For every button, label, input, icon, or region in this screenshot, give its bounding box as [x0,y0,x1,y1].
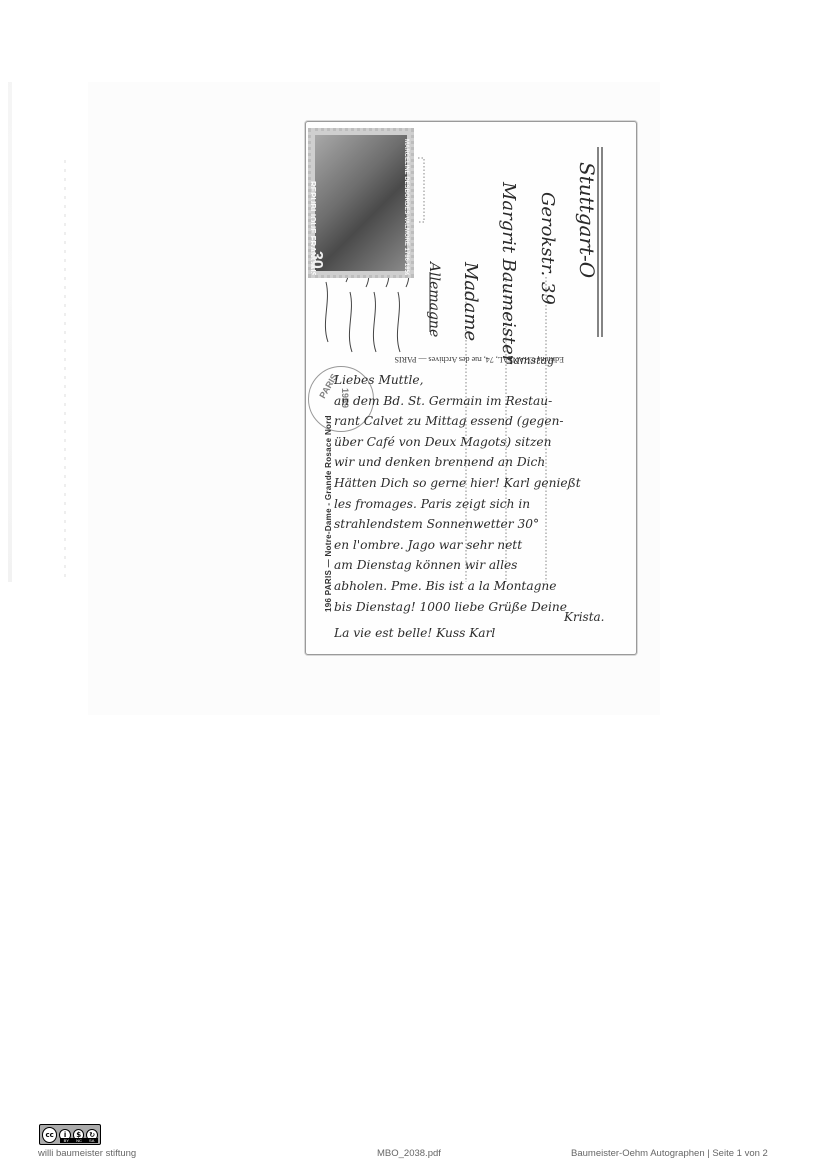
message-line: an dem Bd. St. Germain im Restau- [334,391,630,412]
message-line: en l'ombre. Jago war sehr nett [334,535,630,556]
message-line: La vie est belle! Kuss Karl [334,623,630,644]
address-line-2: Margrit Baumeister [498,182,519,363]
handwritten-message: Liebes Muttle, an dem Bd. St. Germain im… [334,370,630,644]
cc-label-sa: SA [89,1138,94,1143]
message-signature: Krista. [564,610,605,624]
message-day: Samstag [506,354,554,367]
message-line: rant Calvet zu Mittag essend (gegen- [334,411,630,432]
cc-label-nc: NC [76,1138,82,1143]
cc-logo-icon: cc [42,1127,57,1143]
message-line: Liebes Muttle, [334,370,630,391]
cc-label-bar: BY NC SA [60,1138,98,1143]
address-line-1: Madame [460,262,481,341]
message-line: strahlendstem Sonnenwetter 30° [334,514,630,535]
message-line: am Dienstag können wir alles [334,555,630,576]
message-line: abholen. Pme. Bis ist a la Montagne [334,576,630,597]
address-country: Allemagne [426,262,442,337]
message-line: Hätten Dich so gerne hier! Karl genießt [334,473,630,494]
postage-stamp: REPUBLIQUE FRANÇAISE 30 MARCELINE DESBOR… [308,128,414,278]
scan-edge-artifact [64,160,66,580]
message-line: wir und denken brennend an Dich [334,452,630,473]
postcard-caption: 196 PARIS — Notre-Dame - Grande Rosace N… [324,415,333,612]
postcard: REPUBLIQUE FRANÇAISE 30 MARCELINE DESBOR… [305,121,637,655]
scan-edge-shadow [8,82,12,582]
stamp-caption: MARCELINE DESBORDES-VALMORE 1786-1859 [403,139,409,276]
stamp-value: 30 [308,251,325,269]
address-line-4: Stuttgart-O [575,162,599,278]
message-line: über Café von Deux Magots) sitzen [334,432,630,453]
address-line-3: Gerokstr. 39 [537,192,558,305]
cc-label-by: BY [64,1138,69,1143]
footer-publisher: willi baumeister stiftung [38,1148,136,1159]
footer-page-info: Baumeister-Oehm Autographen | Seite 1 vo… [571,1148,768,1159]
cc-by-nc-sa-icon[interactable]: cc i $ ↻ BY NC SA [39,1124,101,1145]
stamp-portrait-image [315,135,407,271]
message-line: les fromages. Paris zeigt sich in [334,494,630,515]
footer-filename: MBO_2038.pdf [377,1148,441,1159]
